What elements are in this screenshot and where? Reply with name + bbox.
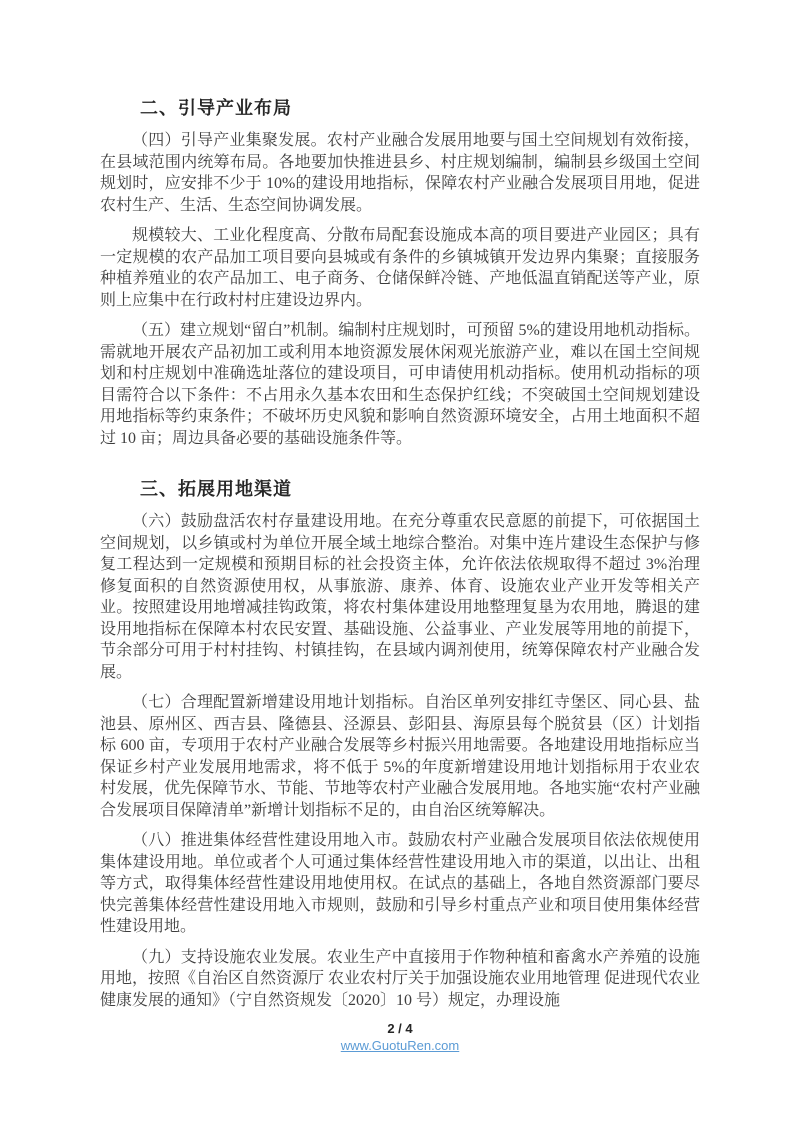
- paragraph-9: （九）支持设施农业发展。农业生产中直接用于作物种植和畜禽水产养殖的设施用地，按照…: [100, 947, 700, 1012]
- footer-link[interactable]: www.GuotuRen.com: [341, 1038, 460, 1054]
- page-number: 2 / 4: [0, 1020, 800, 1037]
- section-heading-2: 二、引导产业布局: [100, 96, 700, 120]
- document-page: 二、引导产业布局 （四）引导产业集聚发展。农村产业融合发展用地要与国土空间规划有…: [0, 0, 800, 1132]
- document-body: 二、引导产业布局 （四）引导产业集聚发展。农村产业融合发展用地要与国土空间规划有…: [0, 0, 800, 1011]
- section-heading-3: 三、拓展用地渠道: [100, 477, 700, 501]
- page-footer: 2 / 4 www.GuotuRen.com: [0, 1020, 800, 1055]
- paragraph-5: （五）建立规划“留白”机制。编制村庄规划时，可预留 5%的建设用地机动指标。需就…: [100, 320, 700, 449]
- paragraph-8: （八）推进集体经营性建设用地入市。鼓励农村产业融合发展项目依法依规使用集体建设用…: [100, 830, 700, 938]
- paragraph-7: （七）合理配置新增建设用地计划指标。自治区单列安排红寺堡区、同心县、盐池县、原州…: [100, 692, 700, 821]
- paragraph-4: （四）引导产业集聚发展。农村产业融合发展用地要与国土空间规划有效衔接，在县域范围…: [100, 130, 700, 216]
- paragraph-4-continued: 规模较大、工业化程度高、分散布局配套设施成本高的项目要进产业园区；具有一定规模的…: [100, 225, 700, 311]
- paragraph-6: （六）鼓励盘活农村存量建设用地。在充分尊重农民意愿的前提下，可依据国土空间规划，…: [100, 511, 700, 683]
